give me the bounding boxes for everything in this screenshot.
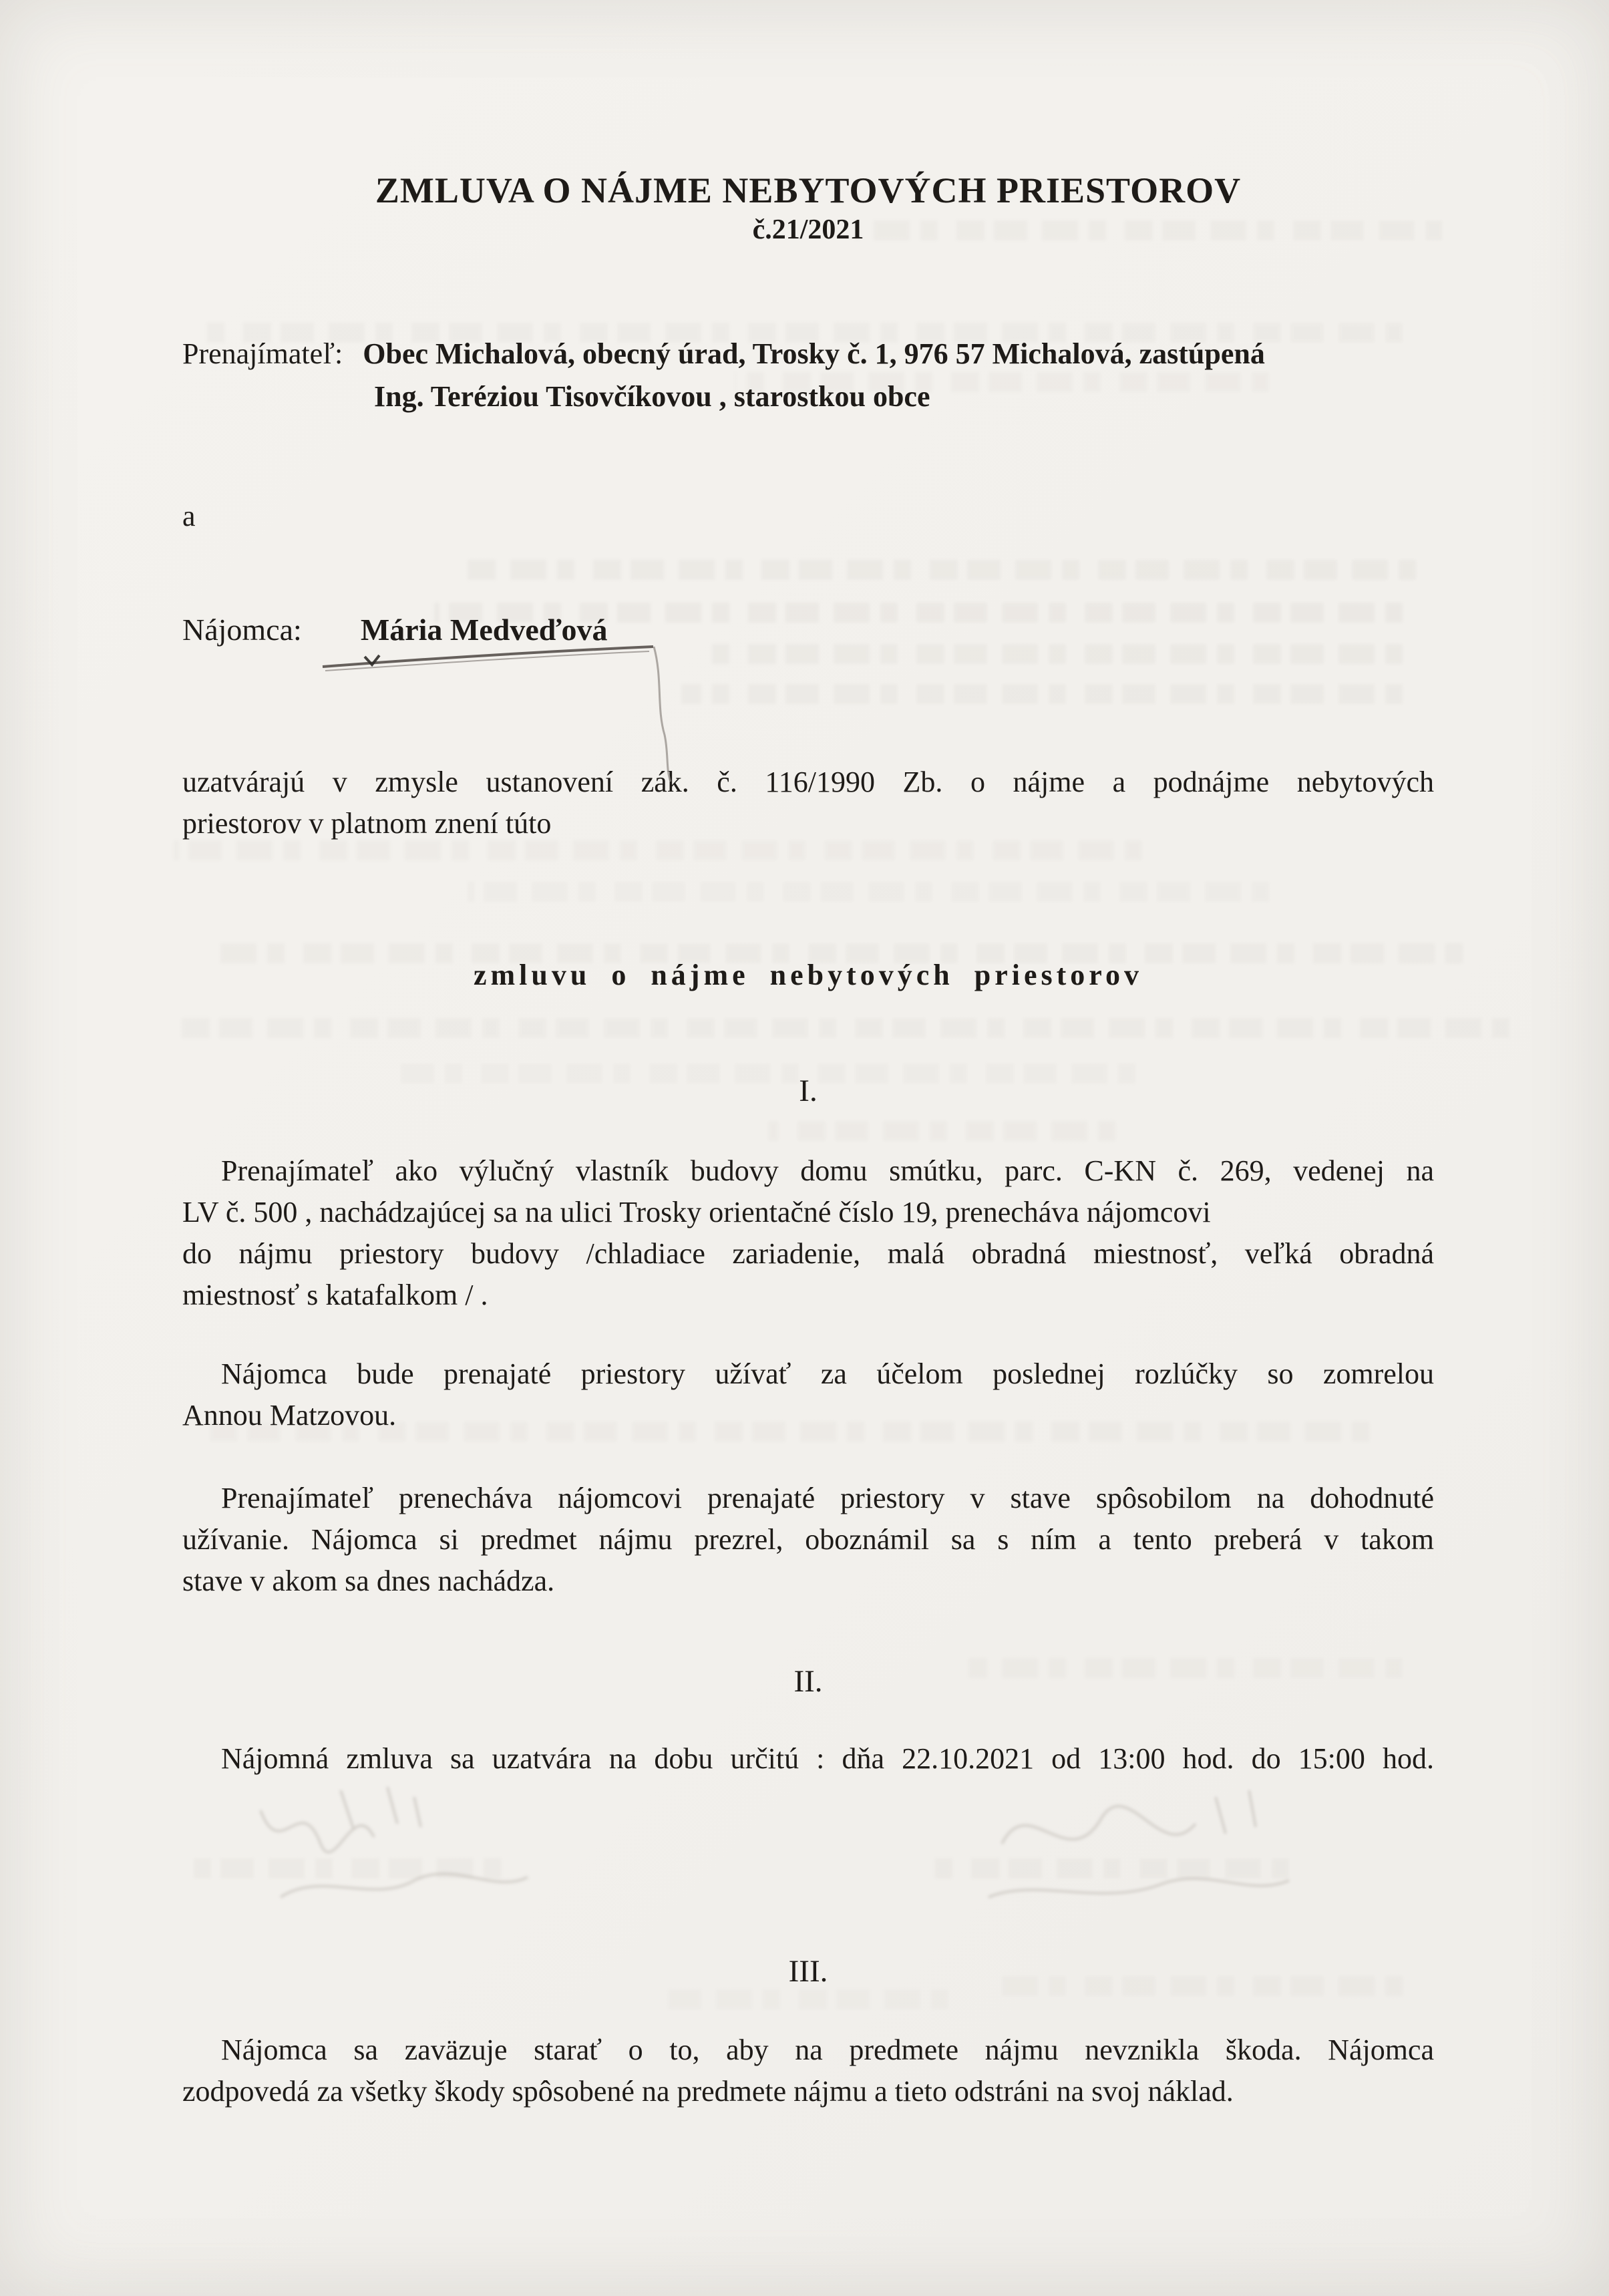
paragraph-line: Nájomca sa zaväzuje starať o to, aby na … (182, 2029, 1434, 2071)
contract-body: ZMLUVA O NÁJME NEBYTOVÝCH PRIESTOROV č.2… (182, 0, 1434, 2112)
tenant-label: Nájomca: (182, 613, 302, 647)
contract-number: č.21/2021 (182, 212, 1434, 247)
section-3-paragraph-1: Nájomca sa zaväzuje starať o to, aby na … (182, 2029, 1434, 2112)
landlord-line-2: Ing. Teréziou Tisovčíkovou , starostkou … (182, 375, 1434, 418)
landlord-label: Prenajímateľ: (182, 337, 343, 370)
paragraph-line: do nájmu priestory budovy /chladiace zar… (182, 1233, 1434, 1275)
paragraph-line: stave v akom sa dnes nachádza. (182, 1561, 1434, 1602)
tenant-block: Nájomca:Mária Medveďová (182, 609, 1434, 651)
intro-paragraph: uzatvárajú v zmysle ustanovení zák. č. 1… (182, 762, 1434, 844)
paragraph-line: Annou Matzovou. (182, 1395, 1434, 1436)
tenant-name: Mária Medveďová (361, 613, 608, 647)
scanned-contract-page: { "document": { "title": "ZMLUVA O NÁJME… (0, 0, 1609, 2296)
landlord-line-1: Prenajímateľ:Obec Michalová, obecný úrad… (182, 333, 1434, 375)
contract-title: ZMLUVA O NÁJME NEBYTOVÝCH PRIESTOROV (182, 168, 1434, 212)
section-numeral-2: II. (182, 1661, 1434, 1702)
section-numeral-3: III. (182, 1951, 1434, 1992)
conjunction-a: a (182, 496, 1434, 537)
intro-line: uzatvárajú v zmysle ustanovení zák. č. 1… (182, 762, 1434, 803)
landlord-name: Obec Michalová, obecný úrad, Trosky č. 1… (363, 337, 1265, 370)
section-numeral-1: I. (182, 1070, 1434, 1112)
paragraph-line: Nájomca bude prenajaté priestory užívať … (182, 1353, 1434, 1395)
paragraph-line: miestnosť s katafalkom / . (182, 1275, 1434, 1316)
paragraph-line: Nájomná zmluva sa uzatvára na dobu určit… (182, 1738, 1434, 1780)
section-1-paragraph-2: Nájomca bude prenajaté priestory užívať … (182, 1353, 1434, 1436)
section-1-paragraph-3: Prenajímateľ prenecháva nájomcovi prenaj… (182, 1478, 1434, 1602)
paragraph-line: zodpovedá za všetky škody spôsobené na p… (182, 2071, 1434, 2112)
section-1-paragraph-1: Prenajímateľ ako výlučný vlastník budovy… (182, 1150, 1434, 1316)
contract-subject-heading: zmluvu o nájme nebytových priestorov (182, 957, 1434, 994)
paragraph-line: užívanie. Nájomca si predmet nájmu prezr… (182, 1519, 1434, 1561)
section-2-paragraph-1: Nájomná zmluva sa uzatvára na dobu určit… (182, 1738, 1434, 1780)
landlord-block: Prenajímateľ:Obec Michalová, obecný úrad… (182, 333, 1434, 418)
paragraph-line: Prenajímateľ prenecháva nájomcovi prenaj… (182, 1478, 1434, 1519)
paragraph-line: LV č. 500 , nachádzajúcej sa na ulici Tr… (182, 1192, 1434, 1233)
intro-line: priestorov v platnom znení túto (182, 803, 1434, 844)
paragraph-line: Prenajímateľ ako výlučný vlastník budovy… (182, 1150, 1434, 1192)
